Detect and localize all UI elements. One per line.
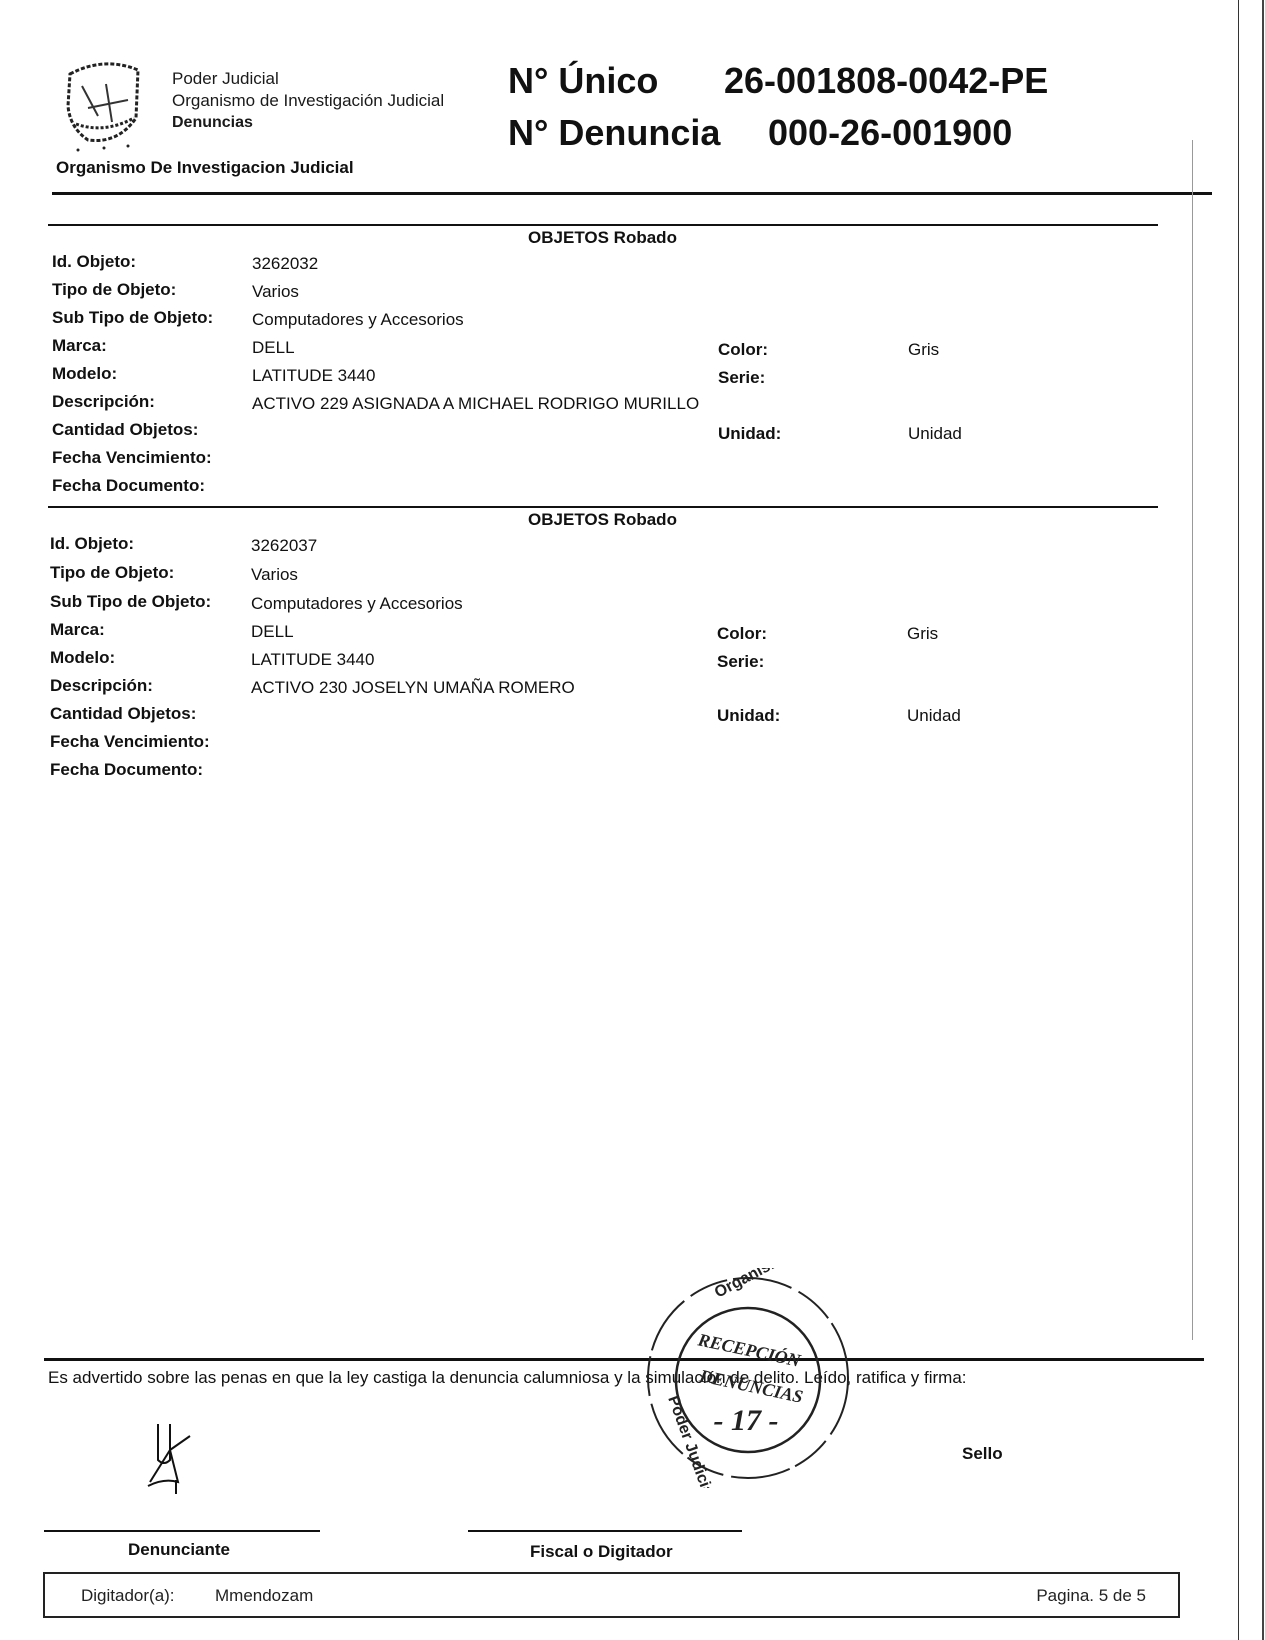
- page-number: Pagina. 5 de 5: [1036, 1586, 1146, 1606]
- sello-label: Sello: [962, 1444, 1003, 1464]
- org-line-2: Organismo de Investigación Judicial: [172, 90, 444, 112]
- value-sub-tipo-objeto: Computadores y Accesorios: [252, 310, 464, 330]
- label-sub-tipo-objeto: Sub Tipo de Objeto:: [50, 592, 211, 612]
- section-divider: [48, 506, 1158, 508]
- svg-text:DENUNCIAS: DENUNCIAS: [697, 1365, 805, 1407]
- footer-box: Digitador(a): Mmendozam Pagina. 5 de 5: [43, 1572, 1180, 1618]
- value-descripcion: ACTIVO 230 JOSELYN UMAÑA ROMERO: [251, 678, 575, 698]
- scan-edge-line: [1192, 140, 1193, 1340]
- organization-name: Organismo De Investigacion Judicial: [56, 158, 354, 178]
- scan-edge-line: [1262, 0, 1264, 1640]
- label-id-objeto: Id. Objeto:: [50, 534, 134, 554]
- label-fecha-vencimiento: Fecha Vencimiento:: [52, 448, 212, 468]
- court-seal-icon: [58, 56, 150, 156]
- value-sub-tipo-objeto: Computadores y Accesorios: [251, 594, 463, 614]
- label-marca: Marca:: [50, 620, 105, 640]
- value-tipo-objeto: Varios: [252, 282, 299, 302]
- value-color: Gris: [907, 624, 938, 644]
- section-title: OBJETOS Robado: [450, 510, 755, 530]
- label-cantidad-objetos: Cantidad Objetos:: [50, 704, 196, 724]
- signature-line-fiscal: [468, 1530, 742, 1532]
- fiscal-label: Fiscal o Digitador: [530, 1542, 673, 1562]
- numero-denuncia-label: N° Denuncia: [508, 112, 720, 154]
- label-fecha-vencimiento: Fecha Vencimiento:: [50, 732, 210, 752]
- value-id-objeto: 3262037: [251, 536, 317, 556]
- numero-unico-value: 26-001808-0042-PE: [724, 60, 1048, 102]
- organization-header: Poder Judicial Organismo de Investigació…: [172, 68, 444, 134]
- section-title: OBJETOS Robado: [450, 228, 755, 248]
- header-divider: [52, 192, 1212, 195]
- label-descripcion: Descripción:: [50, 676, 153, 696]
- label-id-objeto: Id. Objeto:: [52, 252, 136, 272]
- numero-denuncia-value: 000-26-001900: [768, 112, 1012, 154]
- label-unidad: Unidad:: [718, 424, 781, 444]
- label-serie: Serie:: [718, 368, 765, 388]
- svg-text:- 17 -: - 17 -: [714, 1404, 779, 1437]
- value-color: Gris: [908, 340, 939, 360]
- value-descripcion: ACTIVO 229 ASIGNADA A MICHAEL RODRIGO MU…: [252, 394, 699, 414]
- numero-unico-label: N° Único: [508, 60, 658, 102]
- denunciante-label: Denunciante: [128, 1540, 230, 1560]
- label-color: Color:: [718, 340, 768, 360]
- closing-divider: [44, 1358, 1204, 1361]
- label-tipo-objeto: Tipo de Objeto:: [50, 563, 174, 583]
- signature-scribble: [140, 1420, 200, 1496]
- org-line-3: Denuncias: [172, 112, 444, 134]
- svg-text:RECEPCIÓN: RECEPCIÓN: [695, 1328, 803, 1371]
- reception-stamp: RECEPCIÓN DENUNCIAS - 17 - Organismo de …: [638, 1268, 858, 1488]
- label-marca: Marca:: [52, 336, 107, 356]
- label-cantidad-objetos: Cantidad Objetos:: [52, 420, 198, 440]
- label-sub-tipo-objeto: Sub Tipo de Objeto:: [52, 308, 213, 328]
- digitador-label: Digitador(a):: [81, 1586, 175, 1606]
- label-serie: Serie:: [717, 652, 764, 672]
- value-marca: DELL: [251, 622, 294, 642]
- label-descripcion: Descripción:: [52, 392, 155, 412]
- value-modelo: LATITUDE 3440: [252, 366, 375, 386]
- label-fecha-documento: Fecha Documento:: [50, 760, 203, 780]
- value-marca: DELL: [252, 338, 295, 358]
- org-line-1: Poder Judicial: [172, 68, 444, 90]
- svg-text:Organismo de In: Organismo de In: [712, 1268, 831, 1302]
- label-modelo: Modelo:: [50, 648, 115, 668]
- label-modelo: Modelo:: [52, 364, 117, 384]
- value-unidad: Unidad: [907, 706, 961, 726]
- label-color: Color:: [717, 624, 767, 644]
- value-unidad: Unidad: [908, 424, 962, 444]
- label-fecha-documento: Fecha Documento:: [52, 476, 205, 496]
- scan-edge-line: [1238, 0, 1239, 1640]
- digitador-value: Mmendozam: [215, 1586, 313, 1606]
- value-tipo-objeto: Varios: [251, 565, 298, 585]
- value-modelo: LATITUDE 3440: [251, 650, 374, 670]
- section-divider: [48, 224, 1158, 226]
- label-unidad: Unidad:: [717, 706, 780, 726]
- value-id-objeto: 3262032: [252, 254, 318, 274]
- label-tipo-objeto: Tipo de Objeto:: [52, 280, 176, 300]
- signature-line-denunciante: [44, 1530, 320, 1532]
